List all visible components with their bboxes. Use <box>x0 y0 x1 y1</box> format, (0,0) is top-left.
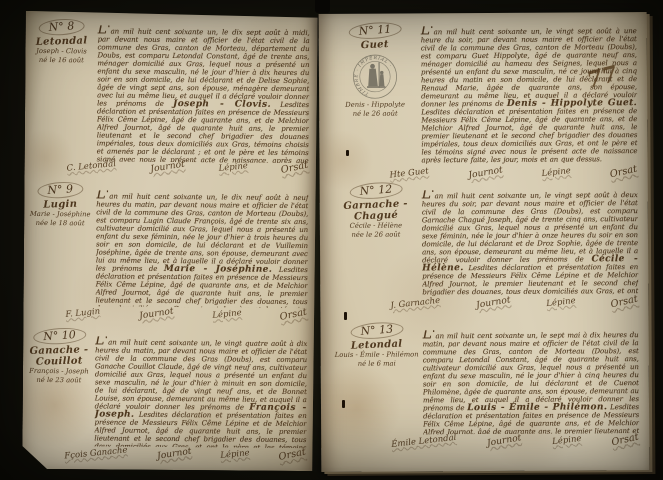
act-number: N° 11 <box>348 21 402 41</box>
binding-stitch <box>342 400 345 408</box>
signature: Orsat <box>280 160 309 177</box>
photograph-background: N° 8 Letondal Joseph - Clovis né le 16 a… <box>0 0 663 480</box>
signature-row: J. Garnache Journot Lépine Orsat <box>390 297 636 309</box>
margin-surname: Ganache - Couillot <box>25 344 94 368</box>
margin-child-name: François - Joseph <box>25 367 93 376</box>
register-left-page: N° 8 Letondal Joseph - Clovis né le 16 a… <box>22 11 318 471</box>
signature: Orsat <box>610 294 639 311</box>
signature-row: F. Lugin Journot Lépine Orsat <box>65 308 305 320</box>
signature: Lépine <box>212 308 242 321</box>
margin-surname: Guet <box>331 38 419 53</box>
signature: Fçois Ganache <box>64 445 128 461</box>
stamp-figure <box>367 62 386 88</box>
margin-child-name: Joseph - Clovis <box>27 47 95 56</box>
margin-birth-date: né le 16 août <box>27 55 95 64</box>
signature: F. Lugin <box>65 307 101 320</box>
act-number: N° 9 <box>37 181 84 200</box>
imperial-stamp-icon: TIMBRE · IMPÉRIAL · <box>351 53 399 101</box>
signature: Lépine <box>546 296 576 309</box>
act-margin: N° 13 Letondal Louis - Émile - Philémon … <box>332 318 420 368</box>
act-body-text: L'an mil huit cent soixante un, le vingt… <box>422 189 639 296</box>
act-body-text: L'an mil huit cent soixante un, le dix s… <box>97 25 310 163</box>
act-text-before: L'an mil huit cent soixante un, le sept … <box>423 331 639 412</box>
act-text-before: L'an mil huit cent soixante un, le dix n… <box>96 192 309 273</box>
act-number: N° 12 <box>349 181 403 201</box>
signature-row: Fçois Ganache Journot Lépine Orsat <box>64 448 304 460</box>
act-margin: N° 9 Lugin Marie - Joséphine née le 18 a… <box>26 178 94 228</box>
birth-act-11: N° 11 Guet TIMBRE · IMPÉRIAL · <box>319 17 647 19</box>
birth-act-10: N° 10 Ganache - Couillot François - Jose… <box>23 324 315 326</box>
binding-notch <box>315 0 330 13</box>
signature: Émile Letondal <box>391 433 457 450</box>
margin-birth-date: né le 26 août <box>331 109 419 118</box>
binding-stitch <box>344 312 347 320</box>
signature: Lépine <box>220 448 250 461</box>
signature: Journot <box>138 306 174 322</box>
act-text-after: Lesdites déclaration et présentation fai… <box>97 101 309 163</box>
act-text-before: L'an mil huit cent soixante un, le dix s… <box>97 27 310 108</box>
signature: Journot <box>156 446 192 462</box>
signature-row: C. Letondal Journot Lépine Orsat <box>67 161 307 173</box>
act-number: N° 13 <box>350 321 404 341</box>
birth-act-9: N° 9 Lugin Marie - Joséphine née le 18 a… <box>24 178 316 180</box>
act-margin: N° 11 Guet TIMBRE · IMPÉRIAL · <box>331 18 420 118</box>
signature: C. Letondal <box>66 159 116 174</box>
signature: Lépine <box>552 434 582 447</box>
signature: Journot <box>149 159 185 175</box>
act-body-text: L'an mil huit cent soixante un, le vingt… <box>94 336 307 448</box>
act-text-after: Lesdites déclaration et présentation fai… <box>421 107 637 164</box>
signature: Lépine <box>541 166 571 179</box>
signature: J. Garnache <box>390 296 441 311</box>
signature: Journot <box>475 295 511 311</box>
signature: Orsat <box>611 432 640 449</box>
signature: Journot <box>486 433 522 449</box>
act-body-text: L'an mil huit cent soixante un, le vingt… <box>421 25 638 164</box>
margin-birth-date: née le 26 août <box>332 230 420 239</box>
act-text-before: L'an mil huit cent soixante un, le vingt… <box>95 338 308 411</box>
birth-act-13: N° 13 Letondal Louis - Émile - Philémon … <box>320 317 648 319</box>
act-text-before: L'an mil huit cent soixante un, le vingt… <box>421 27 637 108</box>
signature: Orsat <box>278 447 307 464</box>
act-margin: N° 12 Garnache - Chagué Cécile - Hélène … <box>332 178 420 239</box>
register-right-page: 77 N° 11 Guet TIMBRE · IMPÉRIAL · <box>319 12 650 472</box>
signature: Orsat <box>279 307 308 324</box>
act-body-text: L'an mil huit cent soixante un, le sept … <box>423 329 640 434</box>
signature: Orsat <box>609 164 638 181</box>
signature: Lépine <box>218 161 248 174</box>
act-margin: N° 10 Ganache - Couillot François - Jose… <box>25 324 93 385</box>
signature: Journot <box>467 165 503 181</box>
act-body-text: L'an mil huit cent soixante un, le dix n… <box>95 190 308 308</box>
margin-surname: Lugin <box>26 198 94 211</box>
signature-row: Émile Letondal Journot Lépine Orsat <box>391 435 637 447</box>
act-margin: N° 8 Letondal Joseph - Clovis né le 16 a… <box>27 15 95 65</box>
margin-child-name: Marie - Joséphine <box>26 210 94 219</box>
act-number: N° 8 <box>38 18 85 37</box>
margin-birth-date: née le 18 août <box>26 218 94 227</box>
birth-act-8: N° 8 Letondal Joseph - Clovis né le 16 a… <box>26 15 318 17</box>
margin-birth-date: né le 23 août <box>25 375 93 384</box>
margin-surname: Letondal <box>27 35 95 48</box>
binding-stitch <box>346 150 349 156</box>
margin-surname: Garnache - Chagué <box>331 198 420 224</box>
act-number: N° 10 <box>32 327 86 346</box>
margin-birth-date: né le 6 mai <box>333 359 421 368</box>
signature-row: Hte Guet Journot Lépine Orsat <box>390 167 636 179</box>
